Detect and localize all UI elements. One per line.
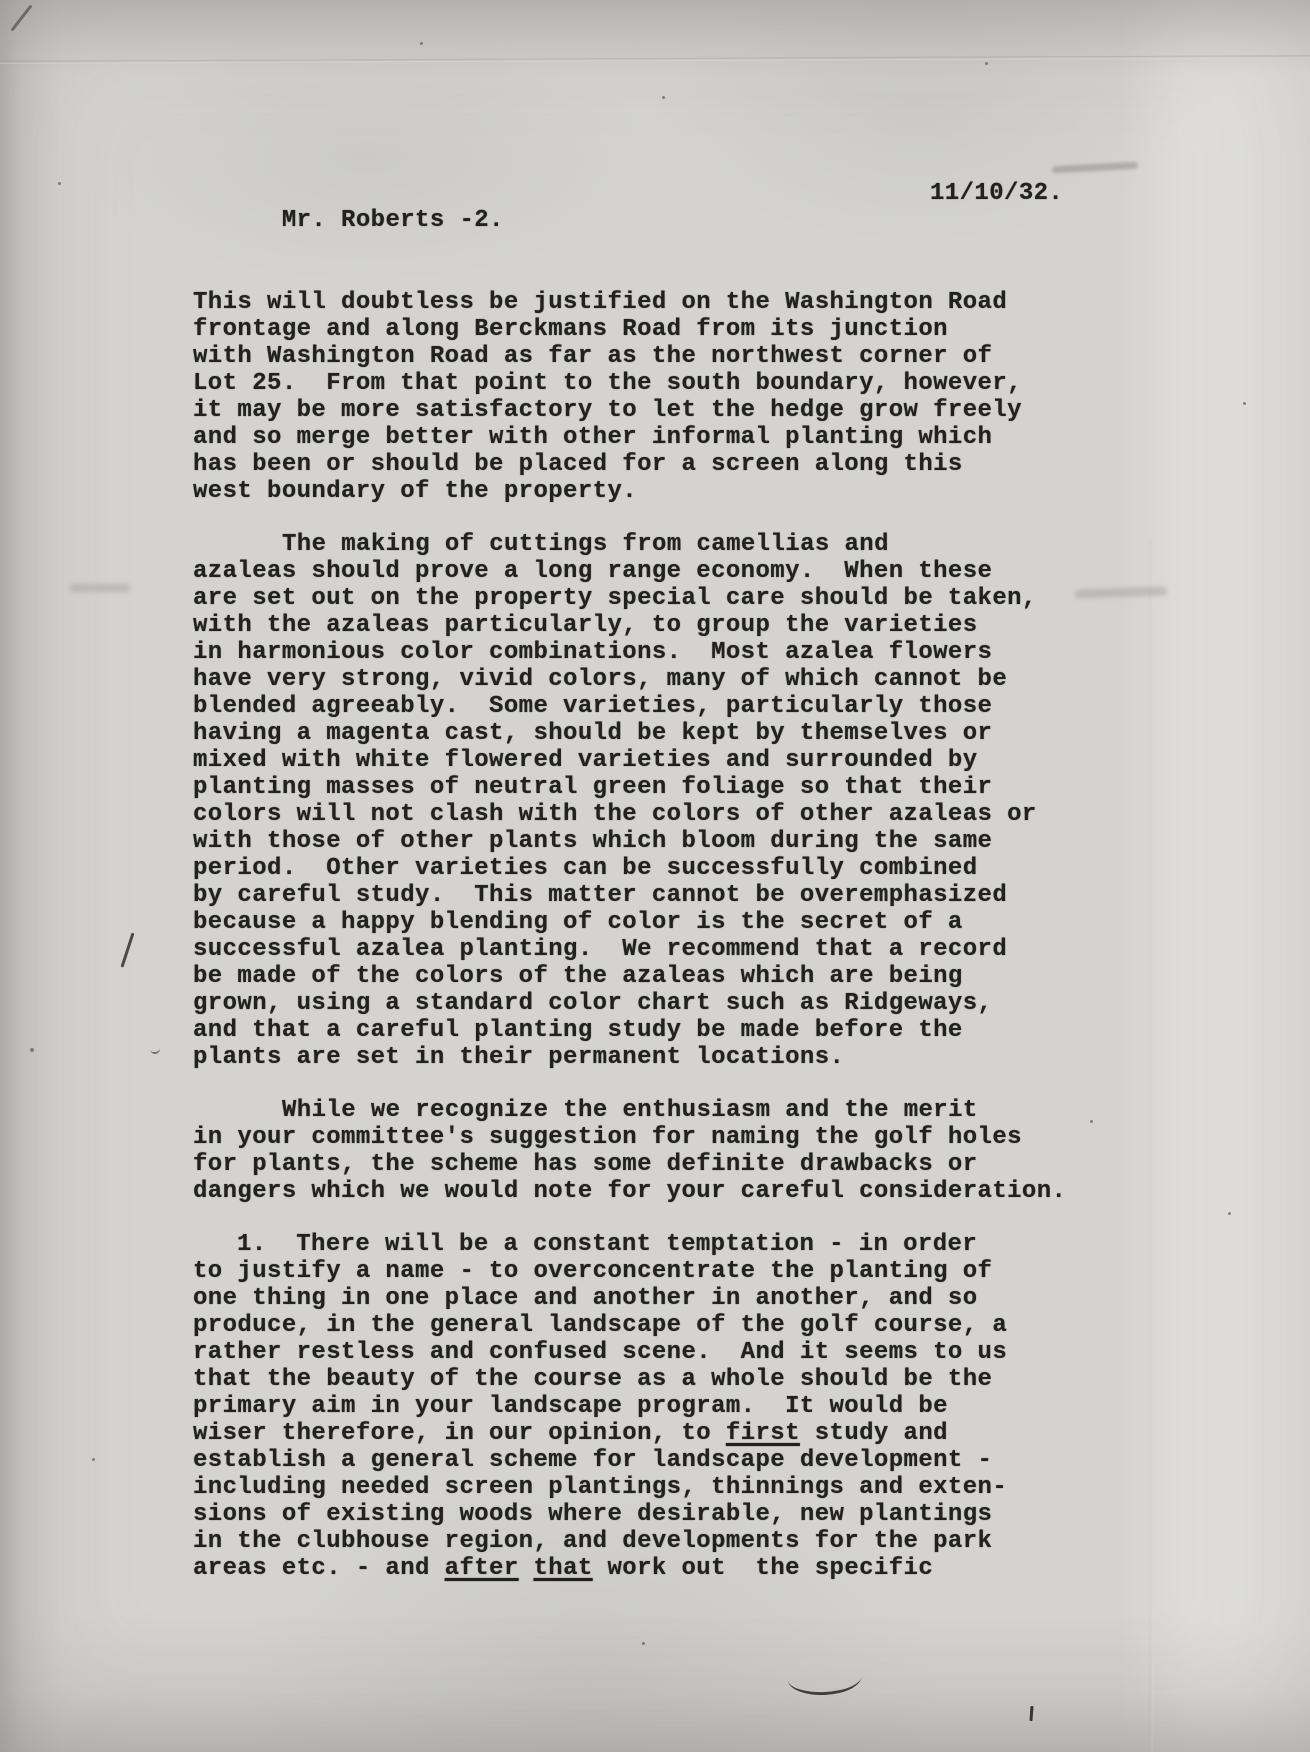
pen-mark-bottom-right [1029, 1706, 1033, 1721]
text-line: primary aim in your landscape program. I… [193, 1393, 1153, 1420]
text-line: planting masses of neutral green foliage… [193, 774, 1153, 801]
letter-header: Mr. Roberts -2. 11/10/32. [193, 180, 1153, 207]
text-line: The making of cuttings from camellias an… [193, 531, 1153, 558]
text-line: grown, using a standard color chart such… [193, 990, 1153, 1017]
text-line: produce, in the general landscape of the… [193, 1312, 1153, 1339]
text-line: in your committee's suggestion for namin… [193, 1124, 1153, 1151]
text-line: rather restless and confused scene. And … [193, 1339, 1153, 1366]
recipient-page-label: Mr. Roberts -2. [282, 207, 504, 234]
text-line: wiser therefore, in our opinion, to firs… [193, 1420, 1153, 1447]
text-line: west boundary of the property. [193, 478, 1153, 505]
scan-speck [642, 1642, 645, 1645]
paragraph: 1. There will be a constant temptation -… [193, 1231, 1153, 1582]
scan-speck [92, 1458, 95, 1461]
text-line: with the azaleas particularly, to group … [193, 612, 1153, 639]
text-line: in the clubhouse region, and development… [193, 1528, 1153, 1555]
text-line: for plants, the scheme has some definite… [193, 1151, 1153, 1178]
text-line: that the beauty of the course as a whole… [193, 1366, 1153, 1393]
text-line: blended agreeably. Some varieties, parti… [193, 693, 1153, 720]
text-line: establish a general scheme for landscape… [193, 1447, 1153, 1474]
pen-mark-small-tick [149, 1043, 160, 1054]
text-line: and that a careful planting study be mad… [193, 1017, 1153, 1044]
text-line: be made of the colors of the azaleas whi… [193, 963, 1153, 990]
text-line: areas etc. - and after that work out the… [193, 1555, 1153, 1582]
text-line: because a happy blending of color is the… [193, 909, 1153, 936]
scan-speck [30, 1048, 34, 1052]
text-line: are set out on the property special care… [193, 585, 1153, 612]
text-line: has been or should be placed for a scree… [193, 451, 1153, 478]
paragraph: This will doubtless be justified on the … [193, 289, 1153, 505]
document-page: Mr. Roberts -2. 11/10/32. This will doub… [0, 0, 1310, 1752]
paragraph: The making of cuttings from camellias an… [193, 531, 1153, 1071]
text-line: sions of existing woods where desirable,… [193, 1501, 1153, 1528]
text-line: with those of other plants which bloom d… [193, 828, 1153, 855]
scan-smudge-left-mid [70, 584, 130, 592]
text-line: frontage and along Berckmans Road from i… [193, 316, 1153, 343]
text-line: This will doubtless be justified on the … [193, 289, 1153, 316]
text-line: dangers which we would note for your car… [193, 1178, 1153, 1205]
letter-text: Mr. Roberts -2. 11/10/32. This will doub… [193, 126, 1153, 1636]
text-line: Lot 25. From that point to the south bou… [193, 370, 1153, 397]
paragraph: While we recognize the enthusiasm and th… [193, 1097, 1153, 1205]
pen-mark-top-left [10, 4, 32, 31]
text-line: period. Other varieties can be successfu… [193, 855, 1153, 882]
text-line: mixed with white flowered varieties and … [193, 747, 1153, 774]
text-line: have very strong, vivid colors, many of … [193, 666, 1153, 693]
text-line: in harmonious color combinations. Most a… [193, 639, 1153, 666]
text-line: having a magenta cast, should be kept by… [193, 720, 1153, 747]
text-line: including needed screen plantings, thinn… [193, 1474, 1153, 1501]
text-line: it may be more satisfactory to let the h… [193, 397, 1153, 424]
scan-speck [420, 42, 423, 45]
letter-body: This will doubtless be justified on the … [193, 289, 1153, 1582]
text-line: successful azalea planting. We recommend… [193, 936, 1153, 963]
text-line: to justify a name - to overconcentrate t… [193, 1258, 1153, 1285]
pen-mark-left-slash [120, 932, 134, 967]
text-line: 1. There will be a constant temptation -… [193, 1231, 1153, 1258]
text-line: colors will not clash with the colors of… [193, 801, 1153, 828]
scan-speck [1228, 1212, 1231, 1215]
date-label: 11/10/32. [930, 180, 1063, 207]
paper-fold-horizontal [0, 55, 1310, 64]
text-line: While we recognize the enthusiasm and th… [193, 1097, 1153, 1124]
text-line: plants are set in their permanent locati… [193, 1044, 1153, 1071]
text-line: one thing in one place and another in an… [193, 1285, 1153, 1312]
scan-speck [58, 182, 61, 185]
text-line: by careful study. This matter cannot be … [193, 882, 1153, 909]
scan-speck [985, 62, 988, 65]
scan-speck [662, 96, 665, 99]
text-line: with Washington Road as far as the north… [193, 343, 1153, 370]
text-line: azaleas should prove a long range econom… [193, 558, 1153, 585]
pen-mark-bottom-curve [788, 1674, 863, 1697]
text-line: and so merge better with other informal … [193, 424, 1153, 451]
scan-speck [1243, 402, 1246, 405]
